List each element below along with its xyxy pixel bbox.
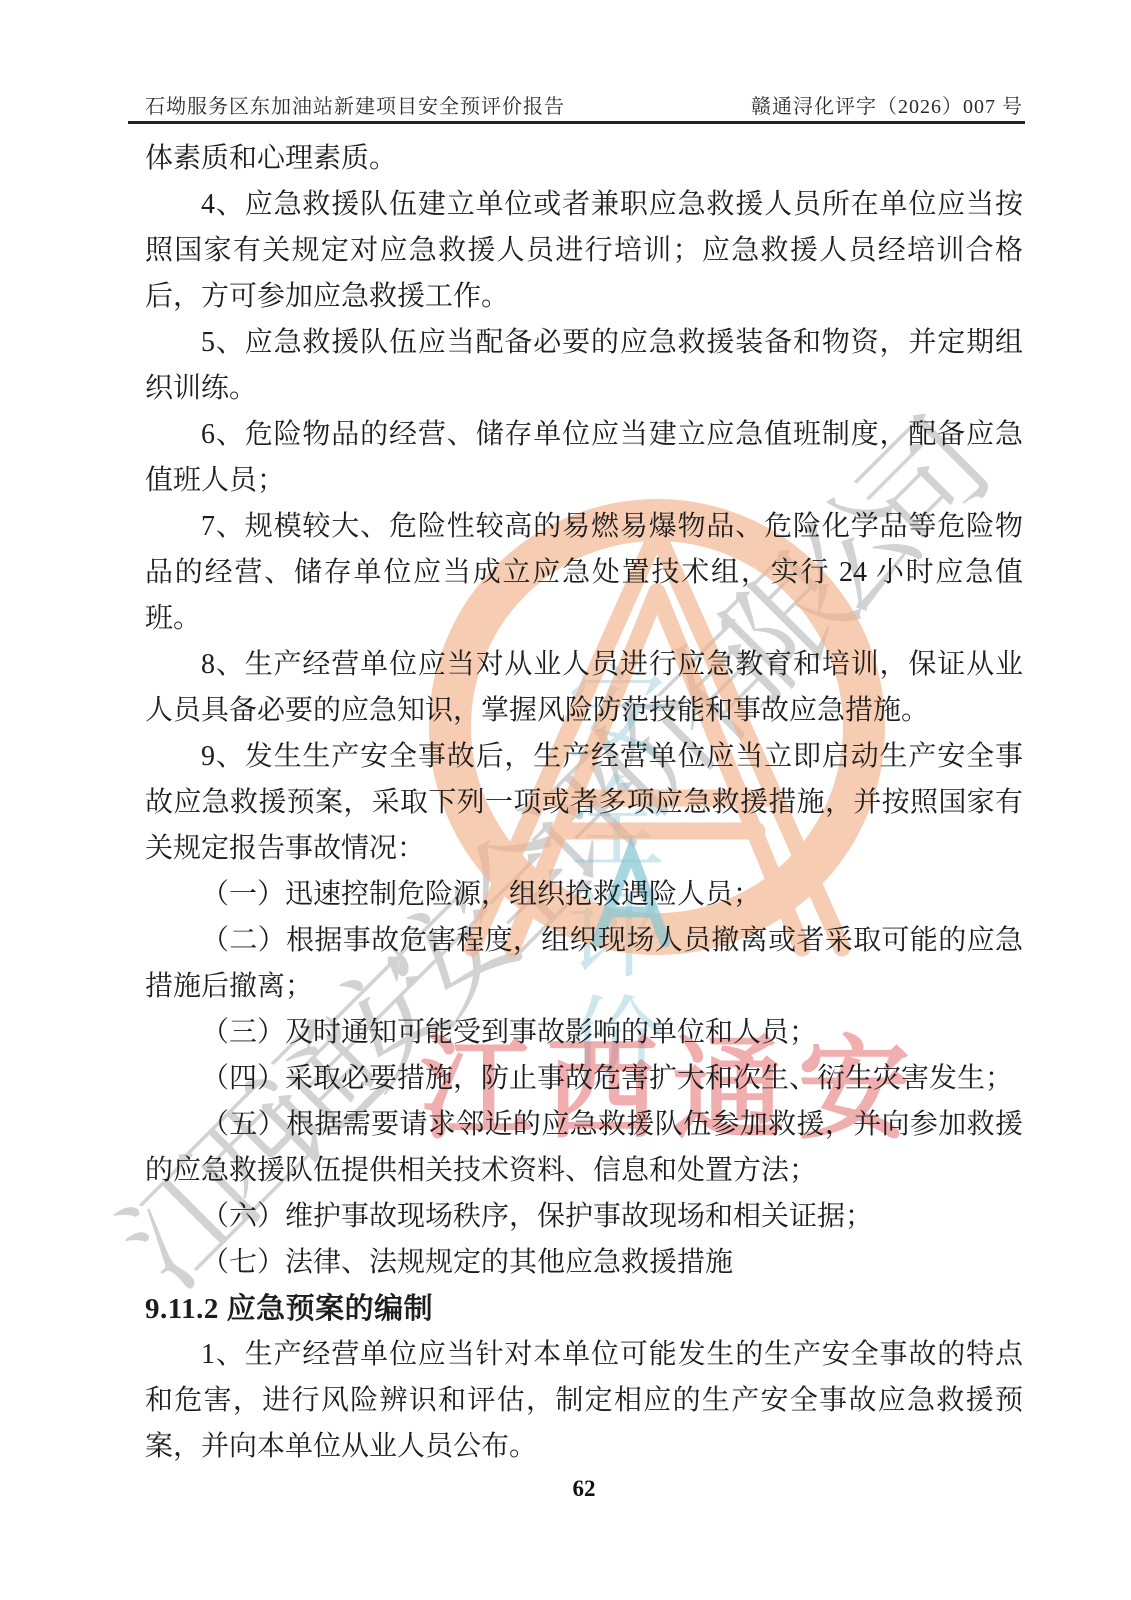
paragraph: 体素质和心理素质。 [145,136,1023,182]
page-number: 62 [145,1476,1023,1502]
paragraph: 6、危险物品的经营、储存单位应当建立应急值班制度，配备应急值班人员； [145,412,1023,504]
paragraph: 4、应急救援队伍建立单位或者兼职应急救援人员所在单位应当按照国家有关规定对应急救… [145,182,1023,320]
paragraph: （五）根据需要请求邻近的应急救援队伍参加救援，并向参加救援的应急救援队伍提供相关… [145,1102,1023,1194]
section-heading: 9.11.2 应急预案的编制 [145,1286,1023,1332]
paragraph: 5、应急救援队伍应当配备必要的应急救援装备和物资，并定期组织训练。 [145,320,1023,412]
header-rule [128,121,1025,124]
paragraph: （七）法律、法规规定的其他应急救援措施 [145,1240,1023,1286]
paragraph: （四）采取必要措施，防止事故危害扩大和次生、衍生灾害发生； [145,1056,1023,1102]
paragraph: （三）及时通知可能受到事故影响的单位和人员； [145,1010,1023,1056]
document-page: 江西通安安全评价有限公司 安全评价 江西通安 石坳服务区东加油站新建项目安全预评… [0,0,1131,1600]
page-content: 石坳服务区东加油站新建项目安全预评价报告 赣通浔化评字（2026）007 号 体… [0,0,1131,1600]
paragraph: 8、生产经营单位应当对从业人员进行应急教育和培训，保证从业人员具备必要的应急知识… [145,642,1023,734]
header-document-number: 赣通浔化评字（2026）007 号 [751,90,1023,119]
header-report-title: 石坳服务区东加油站新建项目安全预评价报告 [145,90,565,119]
body-text-block: 体素质和心理素质。 4、应急救援队伍建立单位或者兼职应急救援人员所在单位应当按照… [145,136,1023,1470]
paragraph: 7、规模较大、危险性较高的易燃易爆物品、危险化学品等危险物品的经营、储存单位应当… [145,504,1023,642]
paragraph: （二）根据事故危害程度，组织现场人员撤离或者采取可能的应急措施后撤离； [145,918,1023,1010]
paragraph: 9、发生生产安全事故后，生产经营单位应当立即启动生产安全事故应急救援预案，采取下… [145,734,1023,872]
paragraph: （一）迅速控制危险源，组织抢救遇险人员； [145,872,1023,918]
paragraph: 1、生产经营单位应当针对本单位可能发生的生产安全事故的特点和危害，进行风险辨识和… [145,1332,1023,1470]
paragraph: （六）维护事故现场秩序，保护事故现场和相关证据； [145,1194,1023,1240]
